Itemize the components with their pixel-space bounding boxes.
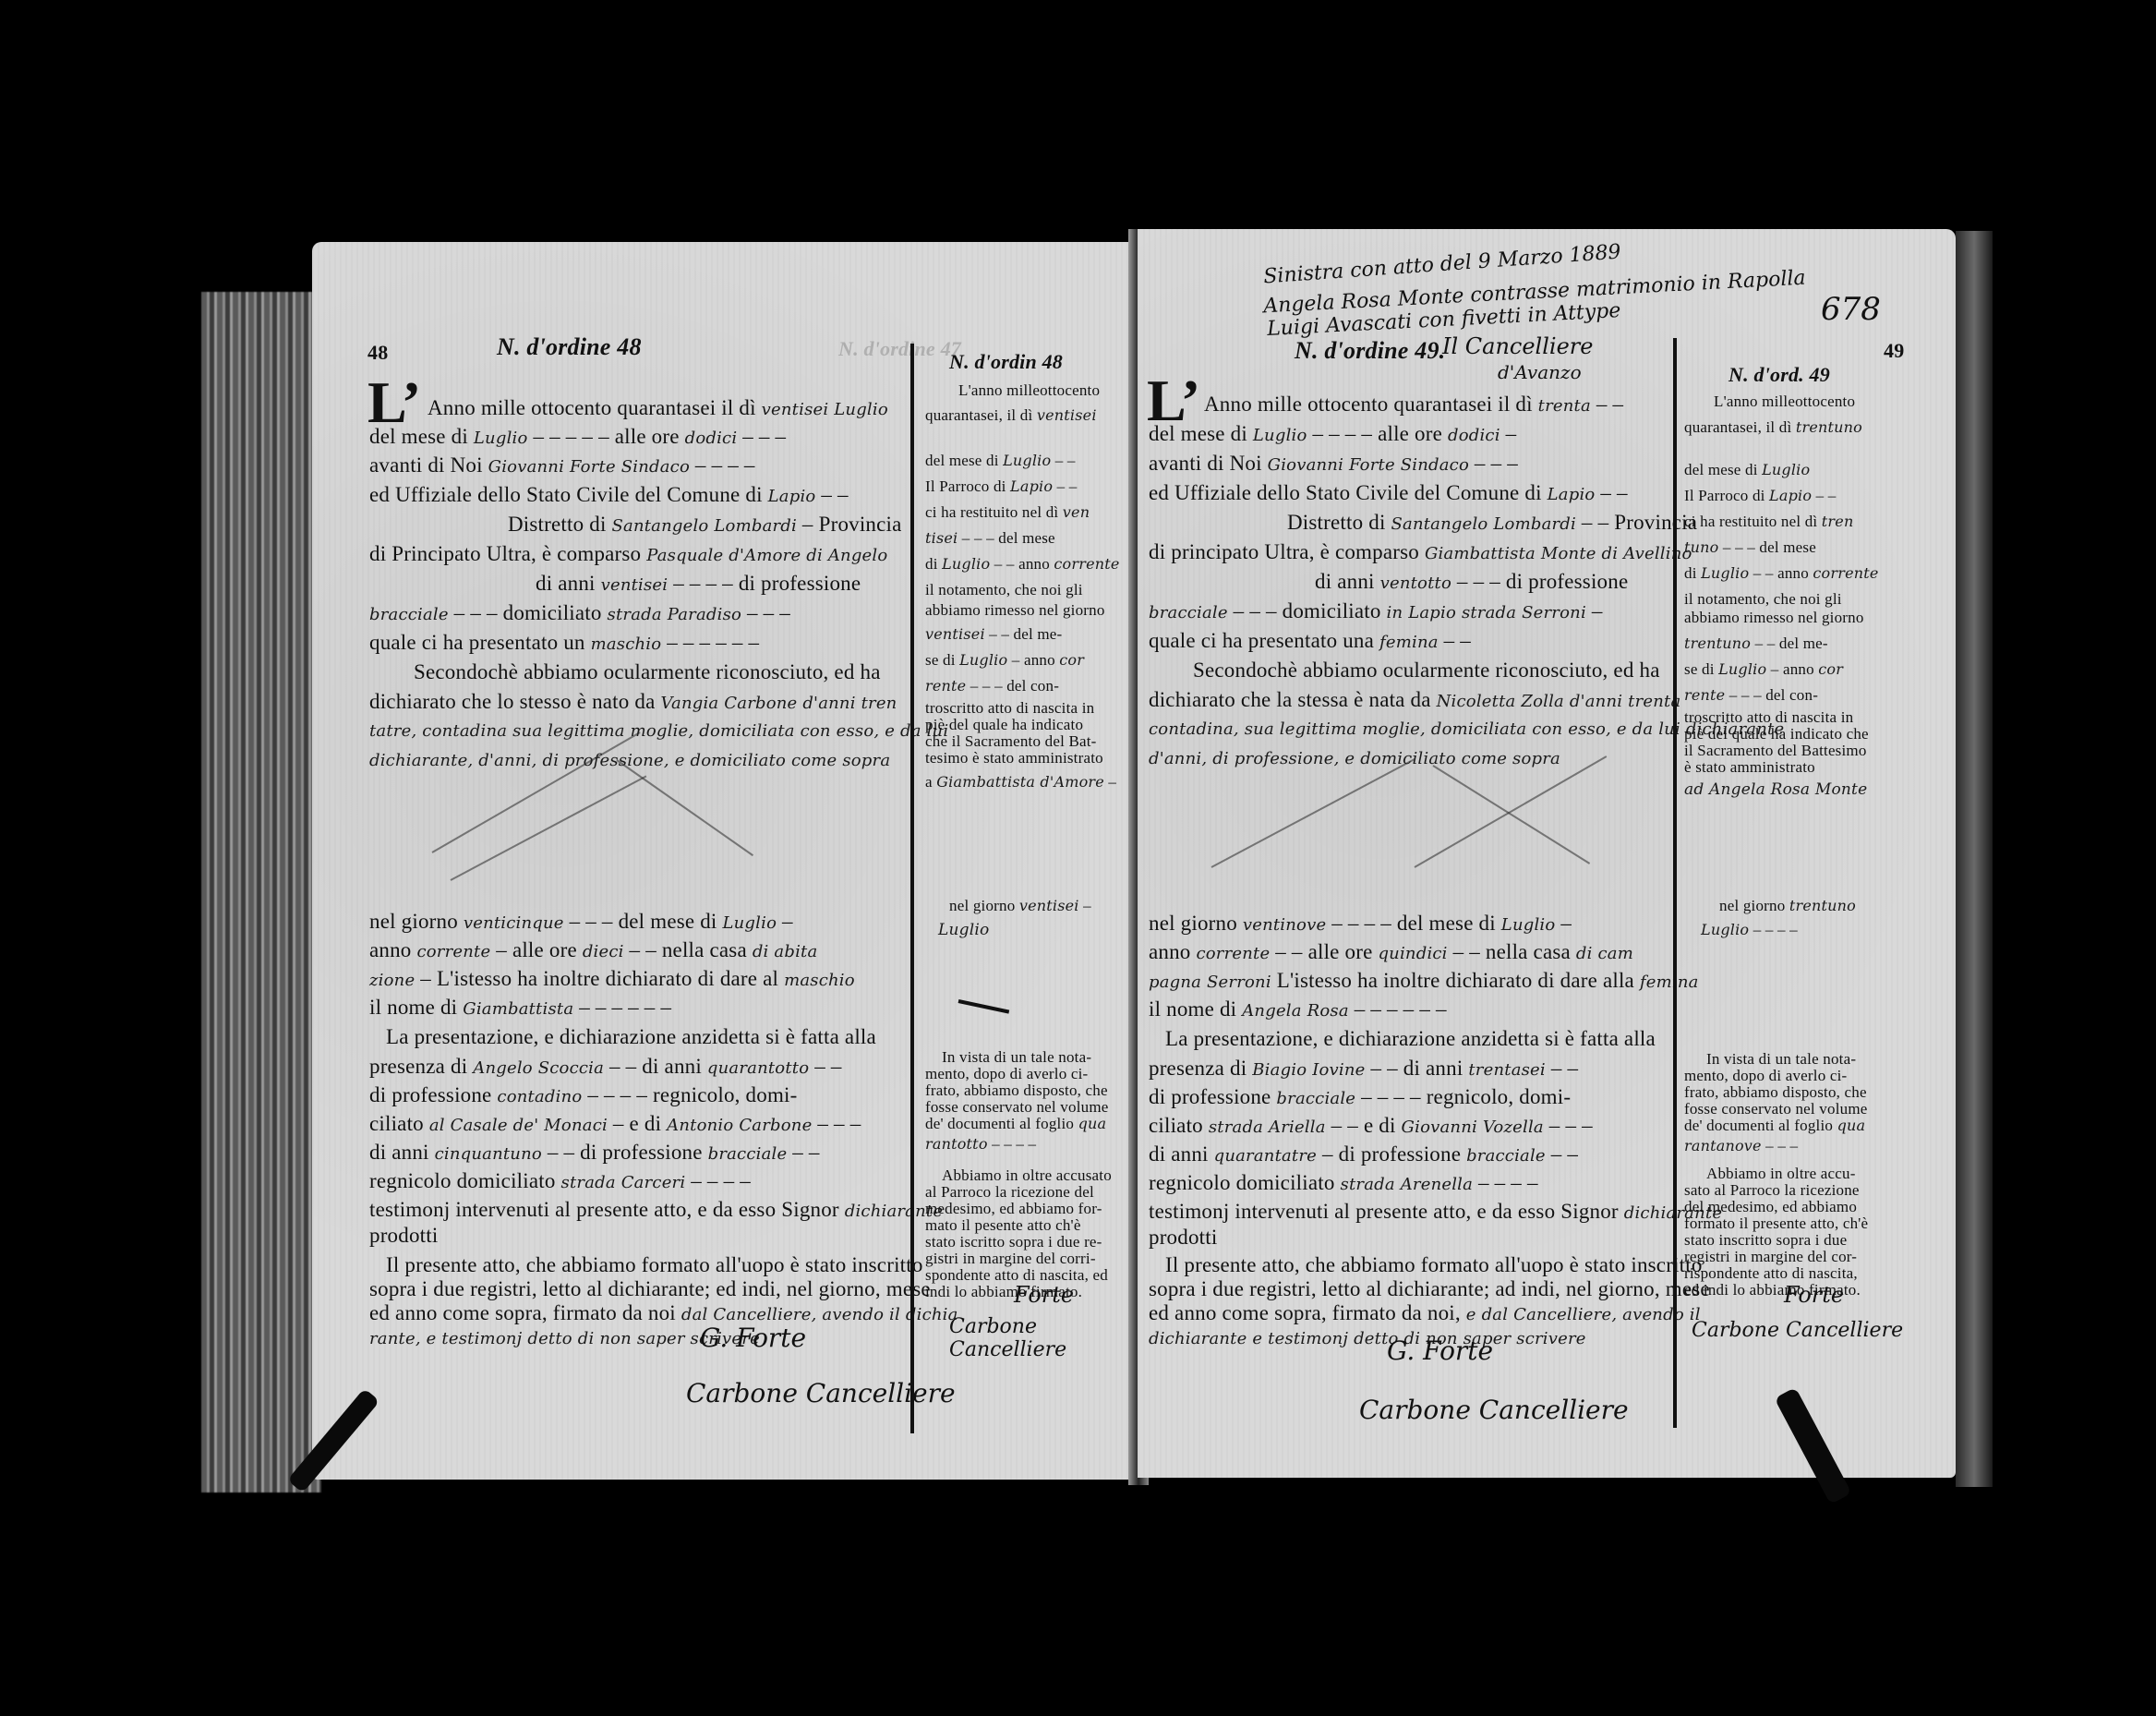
- margin-line: Il Parroco di Lapio – –: [925, 477, 1078, 497]
- margin-line: rantanove – – –: [1684, 1136, 1798, 1156]
- column-divider: [1673, 338, 1677, 1428]
- record-line: Il presente atto, che abbiamo formato al…: [386, 1252, 923, 1278]
- page-number: 49: [1884, 338, 1904, 364]
- margin-line: ventisei – – del me-: [925, 624, 1062, 645]
- record-line: di anni ventotto – – – di professione: [1315, 569, 1628, 597]
- margin-line: ci ha restituito nel dì ven: [925, 502, 1090, 523]
- margin-signature-mayor: Forte: [1014, 1282, 1074, 1308]
- record-line: ciliato al Casale de' Monaci – e di Anto…: [369, 1111, 861, 1139]
- margin-line: del mese di Luglio: [1684, 460, 1810, 480]
- record-line: anno corrente – alle ore dieci – – nella…: [369, 937, 817, 965]
- margin-signature-chancellor: Carbone Cancelliere: [1692, 1319, 1903, 1342]
- margin-line: il notamento, che noi gli: [925, 580, 1083, 600]
- margin-line: Luglio: [938, 920, 989, 940]
- margin-line: di Luglio – – anno corrente: [925, 554, 1120, 574]
- record-line: dichiarato che lo stesso è nato da Vangi…: [369, 689, 897, 717]
- record-line: di anni ventisei – – – – di professione: [536, 571, 861, 598]
- record-line: ed anno come sopra, firmato da noi, e da…: [1149, 1300, 1701, 1328]
- record-line: zione – L'istesso ha inoltre dichiarato …: [369, 966, 855, 994]
- record-line: di professione bracciale – – – – regnico…: [1149, 1084, 1571, 1112]
- margin-header: N. d'ord. 49: [1728, 362, 1830, 388]
- bleed-through-header: N. d'ordine 47: [838, 336, 961, 362]
- record-line: dichiarato che la stessa è nata da Nicol…: [1149, 687, 1680, 715]
- record-line: d'anni, di professione, e domiciliato co…: [1149, 746, 1560, 772]
- record-line: regnicolo domiciliato strada Carceri – –…: [369, 1168, 751, 1196]
- record-line: presenza di Biagio Iovine – – di anni tr…: [1149, 1056, 1578, 1083]
- margin-line: del mese di Luglio – –: [925, 451, 1076, 471]
- record-line: presenza di Angelo Scoccia – – di anni q…: [369, 1054, 842, 1082]
- record-line: di principato Ultra, è comparso Giambatt…: [1149, 539, 1692, 567]
- margin-line: tisei – – – del mese: [925, 528, 1055, 549]
- record-line: ciliato strada Ariella – – e di Giovanni…: [1149, 1113, 1593, 1141]
- record-line: bracciale – – – domiciliato in Lapio str…: [1149, 598, 1603, 626]
- record-line: pagna Serroni L'istesso ha inoltre dichi…: [1149, 968, 1699, 996]
- initial-capital: L’: [1147, 373, 1200, 429]
- record-line: del mese di Luglio – – – – – alle ore do…: [369, 424, 786, 452]
- book-page-edges-left: [201, 292, 321, 1492]
- record-line: nel giorno ventinove – – – – del mese di…: [1149, 911, 1572, 938]
- record-line: bracciale – – – domiciliato strada Parad…: [369, 600, 790, 628]
- record-line: il nome di Angela Rosa – – – – – –: [1149, 997, 1447, 1024]
- margin-line: quarantasei, il dì trentuno: [1684, 417, 1862, 438]
- record-line: Secondochè abbiamo ocularmente riconosci…: [414, 659, 881, 685]
- record-line: testimonj intervenuti al presente atto, …: [1149, 1199, 1722, 1227]
- margin-line: ad Angela Rosa Monte: [1684, 779, 1867, 800]
- record-line: avanti di Noi Giovanni Forte Sindaco – –…: [1149, 451, 1518, 478]
- record-line: Il presente atto, che abbiamo formato al…: [1165, 1252, 1703, 1278]
- record-line: Anno mille ottocento quarantasei il dì v…: [428, 395, 888, 423]
- margin-line: trentuno – – del me-: [1684, 634, 1828, 654]
- record-line: La presentazione, e dichiarazione anzide…: [1165, 1026, 1656, 1052]
- record-line: Distretto di Santangelo Lombardi – – Pro…: [1287, 510, 1697, 538]
- margin-line: Il Parroco di Lapio – –: [1684, 486, 1837, 506]
- margin-signature-chancellor: Carbone Cancelliere: [949, 1315, 1137, 1361]
- record-line: il nome di Giambattista – – – – – –: [369, 995, 671, 1022]
- record-line: di anni quarantatre – di professione bra…: [1149, 1142, 1578, 1169]
- record-line: nel giorno venticinque – – – del mese di…: [369, 909, 793, 937]
- record-line: Anno mille ottocento quarantasei il dì t…: [1204, 392, 1623, 419]
- right-page: Sinistra con atto del 9 Marzo 1889 Angel…: [1138, 229, 1956, 1478]
- strike-line: [451, 775, 647, 880]
- record-line: ed Uffiziale dello Stato Civile del Comu…: [369, 482, 849, 510]
- record-line: avanti di Noi Giovanni Forte Sindaco – –…: [369, 453, 755, 480]
- strike-line: [1211, 758, 1416, 868]
- page-number: 48: [367, 340, 388, 366]
- signature-mayor: G. Forte: [700, 1323, 806, 1353]
- margin-line: de' documenti al foglio qua: [925, 1114, 1106, 1134]
- record-line: ed anno come sopra, firmato da noi dal C…: [369, 1300, 958, 1328]
- margin-line: se di Luglio – anno cor: [925, 650, 1084, 671]
- record-line: prodotti: [369, 1223, 438, 1249]
- record-line: quale ci ha presentato un maschio – – – …: [369, 630, 759, 658]
- book-page-edges-right: [1956, 231, 1993, 1487]
- margin-line: tesimo è stato amministrato: [925, 748, 1103, 768]
- signature-mayor: G. Forte: [1387, 1335, 1493, 1366]
- signature-chancellor: Carbone Cancelliere: [1359, 1395, 1629, 1425]
- record-line: di Principato Ultra, è comparso Pasquale…: [369, 541, 887, 569]
- record-line: ed Uffiziale dello Stato Civile del Comu…: [1149, 480, 1628, 508]
- margin-line: è stato amministrato: [1684, 757, 1815, 778]
- margin-line: quarantasei, il dì ventisei: [925, 405, 1097, 426]
- record-line: Distretto di Santangelo Lombardi – Provi…: [508, 512, 902, 539]
- record-line: prodotti: [1149, 1225, 1217, 1251]
- margin-line: il notamento, che noi gli: [1684, 589, 1842, 610]
- margin-line: tuno – – – del mese: [1684, 538, 1816, 558]
- record-line: del mese di Luglio – – – – alle ore dodi…: [1149, 421, 1516, 449]
- archive-number: 678: [1821, 296, 1881, 323]
- margin-line: di Luglio – – anno corrente: [1684, 563, 1879, 584]
- margin-line: rantotto – – – –: [925, 1134, 1036, 1154]
- margin-line: rente – – – del con-: [925, 676, 1059, 696]
- signature-chancellor: Carbone Cancelliere: [686, 1378, 956, 1408]
- left-page: 48 N. d'ordine 48 N. d'ordine 47 L’ Anno…: [312, 242, 1137, 1480]
- record-line: La presentazione, e dichiarazione anzide…: [386, 1024, 876, 1050]
- margin-line: nel giorno ventisei –: [949, 896, 1091, 916]
- record-header: N. d'ordine 49.: [1295, 338, 1445, 364]
- record-line: anno corrente – – alle ore quindici – – …: [1149, 939, 1633, 967]
- record-line: tatre, contadina sua legittima moglie, d…: [369, 719, 948, 744]
- margin-line: L'anno milleottocento: [1714, 392, 1855, 412]
- column-divider: [910, 344, 914, 1433]
- record-line: quale ci ha presentato una femina – –: [1149, 628, 1471, 656]
- record-line: Secondochè abbiamo ocularmente riconosci…: [1193, 658, 1660, 683]
- record-line: di professione contadino – – – – regnico…: [369, 1082, 797, 1110]
- margin-line: se di Luglio – anno cor: [1684, 659, 1843, 680]
- margin-line: abbiamo rimesso nel giorno: [925, 600, 1105, 621]
- record-line: sopra i due registri, letto al dichiaran…: [1149, 1276, 1710, 1302]
- margin-line: L'anno milleottocento: [958, 381, 1100, 401]
- initial-capital: L’: [367, 375, 421, 430]
- margin-line: a Giambattista d'Amore –: [925, 772, 1116, 792]
- margin-signature-mayor: Forte: [1784, 1282, 1844, 1308]
- margin-line: de' documenti al foglio qua: [1684, 1116, 1865, 1136]
- record-line: testimonj intervenuti al presente atto, …: [369, 1197, 943, 1225]
- annotation-signature: d'Avanzo: [1498, 358, 1582, 386]
- record-header: N. d'ordine 48: [497, 334, 642, 360]
- margin-header: N. d'ordin 48: [949, 349, 1063, 375]
- record-line: sopra i due registri, letto al dichiaran…: [369, 1276, 931, 1302]
- margin-line: abbiamo rimesso nel giorno: [1684, 608, 1864, 628]
- margin-line: ci ha restituito nel dì tren: [1684, 512, 1853, 532]
- ink-stroke: [958, 999, 1010, 1014]
- record-line: dichiarante e testimonj detto di non sap…: [1149, 1326, 1586, 1352]
- record-line: regnicolo domiciliato strada Arenella – …: [1149, 1170, 1538, 1198]
- record-line: di anni cinquantuno – – di professione b…: [369, 1140, 820, 1167]
- annotation-signature: Il Cancelliere: [1442, 332, 1593, 360]
- margin-line: Luglio – – – –: [1701, 920, 1798, 940]
- margin-line: nel giorno trentuno: [1719, 896, 1856, 916]
- margin-line: rente – – – del con-: [1684, 685, 1818, 706]
